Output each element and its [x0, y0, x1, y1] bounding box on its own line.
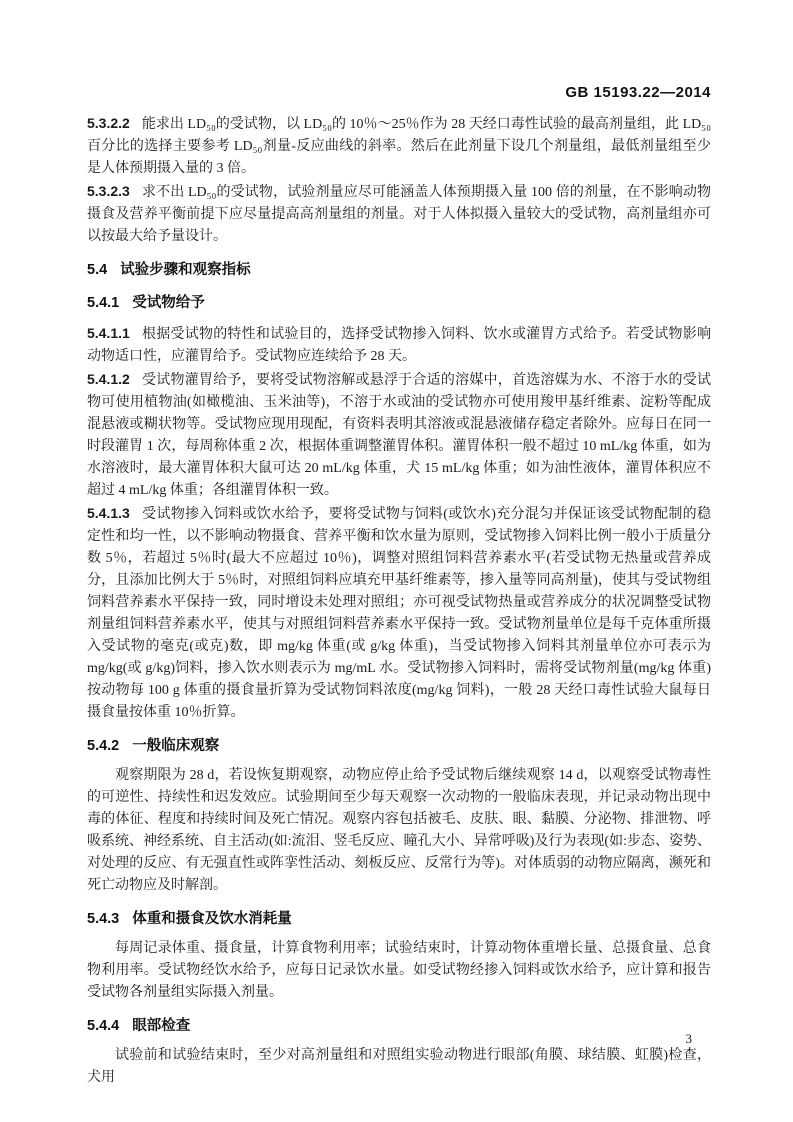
heading-text: 受试物给予	[132, 295, 205, 311]
clause-5-4-1-1: 5.4.1.1根据受试物的特性和试验目的，选择受试物掺入饲料、饮水或灌胃方式给予…	[87, 322, 711, 368]
clause-text: 能求出 LD₅₀的受试物，以 LD₅₀的 10％～25％作为 28 天经口毒性试…	[87, 117, 711, 176]
heading-text: 一般临床观察	[132, 738, 219, 754]
document-body: 5.3.2.2能求出 LD₅₀的受试物，以 LD₅₀的 10％～25％作为 28…	[87, 112, 711, 1089]
document-page: GB 15193.22—2014 5.3.2.2能求出 LD₅₀的受试物，以 L…	[0, 0, 793, 1122]
para-bodyweight-food-water: 每周记录体重、摄食量，计算食物利用率；试验结束时，计算动物体重增长量、总摄食量、…	[87, 938, 711, 1004]
heading-number: 5.4	[87, 262, 120, 278]
clause-text: 根据受试物的特性和试验目的，选择受试物掺入饲料、饮水或灌胃方式给予。若受试物影响…	[87, 327, 711, 364]
clause-number: 5.4.1.2	[87, 371, 142, 387]
clause-text: 求不出 LD₅₀的受试物，试验剂量应尽可能涵盖人体预期摄入量 100 倍的剂量，…	[87, 185, 711, 244]
clause-number: 5.3.2.2	[87, 115, 142, 131]
heading-text: 体重和摄食及饮水消耗量	[132, 911, 292, 927]
para-text: 观察期限为 28 d，若设恢复期观察，动物应停止给予受试物后继续观察 14 d，…	[87, 768, 711, 893]
clause-5-3-2-2: 5.3.2.2能求出 LD₅₀的受试物，以 LD₅₀的 10％～25％作为 28…	[87, 112, 711, 180]
heading-text: 眼部检查	[132, 1018, 190, 1034]
heading-text: 试验步骤和观察指标	[120, 262, 251, 278]
heading-5-4-3: 5.4.3体重和摄食及饮水消耗量	[87, 908, 711, 930]
heading-number: 5.4.2	[87, 738, 132, 754]
para-general-clinical-observation: 观察期限为 28 d，若设恢复期观察，动物应停止给予受试物后继续观察 14 d，…	[87, 765, 711, 897]
clause-5-3-2-3: 5.3.2.3求不出 LD₅₀的受试物，试验剂量应尽可能涵盖人体预期摄入量 10…	[87, 180, 711, 248]
heading-5-4-1: 5.4.1受试物给予	[87, 292, 711, 314]
heading-number: 5.4.4	[87, 1018, 132, 1034]
standard-code-header: GB 15193.22—2014	[565, 84, 711, 101]
clause-text: 受试物掺入饲料或饮水给予，要将受试物与饲料(或饮水)充分混匀并保证该受试物配制的…	[87, 507, 711, 720]
clause-text: 受试物灌胃给予，要将受试物溶解或悬浮于合适的溶媒中，首选溶媒为水、不溶于水的受试…	[87, 373, 711, 498]
clause-number: 5.3.2.3	[87, 183, 142, 199]
para-text: 试验前和试验结束时，至少对高剂量组和对照组实验动物进行眼部(角膜、球结膜、虹膜)…	[87, 1048, 711, 1085]
heading-number: 5.4.3	[87, 911, 132, 927]
clause-5-4-1-3: 5.4.1.3受试物掺入饲料或饮水给予，要将受试物与饲料(或饮水)充分混匀并保证…	[87, 502, 711, 724]
clause-number: 5.4.1.3	[87, 505, 142, 521]
heading-5-4-4: 5.4.4眼部检查	[87, 1015, 711, 1037]
heading-5-4-2: 5.4.2一般临床观察	[87, 735, 711, 757]
page-number: 3	[686, 1031, 693, 1047]
para-eye-examination: 试验前和试验结束时，至少对高剂量组和对照组实验动物进行眼部(角膜、球结膜、虹膜)…	[87, 1045, 711, 1089]
para-text: 每周记录体重、摄食量，计算食物利用率；试验结束时，计算动物体重增长量、总摄食量、…	[87, 941, 711, 1000]
clause-number: 5.4.1.1	[87, 325, 142, 341]
heading-number: 5.4.1	[87, 295, 132, 311]
clause-5-4-1-2: 5.4.1.2受试物灌胃给予，要将受试物溶解或悬浮于合适的溶媒中，首选溶媒为水、…	[87, 368, 711, 502]
heading-5-4: 5.4试验步骤和观察指标	[87, 259, 711, 281]
